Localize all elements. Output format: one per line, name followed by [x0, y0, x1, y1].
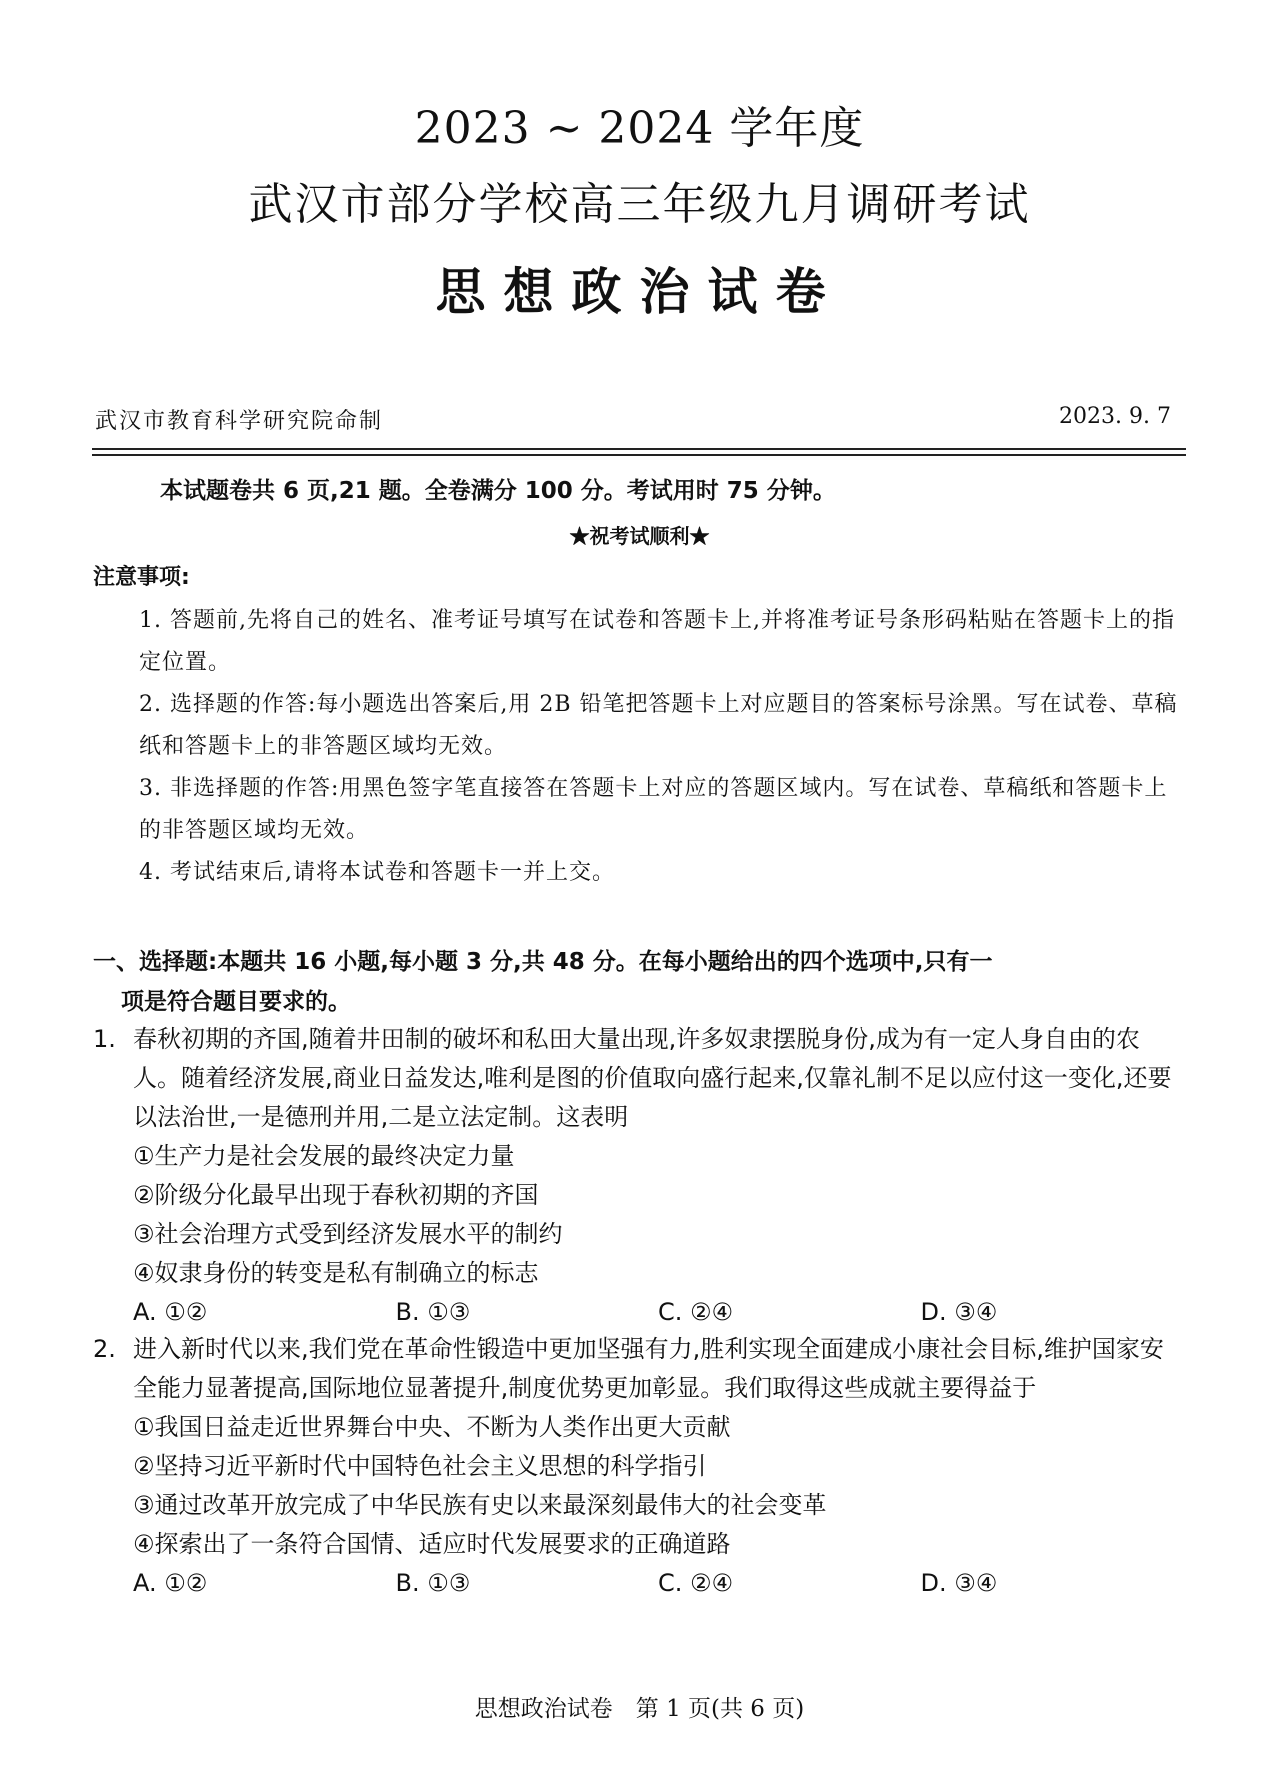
- statement-option: ④奴隶身份的转变是私有制确立的标志: [93, 1254, 1183, 1293]
- answer-choices: A. ①② B. ①③ C. ②④ D. ③④: [93, 1564, 1183, 1603]
- notice-item: 1. 答题前,先将自己的姓名、准考证号填写在试卷和答题卡上,并将准考证号条形码粘…: [93, 600, 1183, 684]
- choice-d: D. ③④: [921, 1564, 1184, 1603]
- statement-option: ④探索出了一条符合国情、适应时代发展要求的正确道路: [93, 1525, 1183, 1564]
- notice-item: 3. 非选择题的作答:用黑色签字笔直接答在答题卡上对应的答题区域内。写在试卷、草…: [93, 768, 1183, 852]
- exam-date: 2023. 9. 7: [1059, 404, 1171, 429]
- question-stem: 1.春秋初期的齐国,随着井田制的破坏和私田大量出现,许多奴隶摆脱身份,成为有一定…: [93, 1020, 1183, 1137]
- notice-item: 2. 选择题的作答:每小题选出答案后,用 2B 铅笔把答题卡上对应题目的答案标号…: [93, 684, 1183, 768]
- good-luck-banner: ★祝考试顺利★: [0, 520, 1279, 549]
- choice-d: D. ③④: [921, 1293, 1184, 1332]
- statement-option: ①生产力是社会发展的最终决定力量: [93, 1137, 1183, 1176]
- choice-c: C. ②④: [658, 1293, 921, 1332]
- subject-title: 思想政治试卷: [0, 252, 1279, 324]
- statement-option: ③社会治理方式受到经济发展水平的制约: [93, 1215, 1183, 1254]
- choice-b: B. ①③: [396, 1293, 659, 1332]
- notice-heading: 注意事项:: [93, 560, 190, 591]
- choice-b: B. ①③: [396, 1564, 659, 1603]
- question-stem: 2.进入新时代以来,我们党在革命性锻造中更加坚强有力,胜利实现全面建成小康社会目…: [93, 1330, 1183, 1408]
- exam-summary: 本试题卷共 6 页,21 题。全卷满分 100 分。考试用时 75 分钟。: [160, 472, 836, 505]
- statement-option: ②阶级分化最早出现于春秋初期的齐国: [93, 1176, 1183, 1215]
- statement-option: ②坚持习近平新时代中国特色社会主义思想的科学指引: [93, 1447, 1183, 1486]
- header-divider-bottom: [92, 454, 1186, 456]
- statement-option: ③通过改革开放完成了中华民族有史以来最深刻最伟大的社会变革: [93, 1486, 1183, 1525]
- answer-choices: A. ①② B. ①③ C. ②④ D. ③④: [93, 1293, 1183, 1332]
- issuer-label: 武汉市教育科学研究院命制: [95, 404, 383, 435]
- statement-option: ①我国日益走近世界舞台中央、不断为人类作出更大贡献: [93, 1408, 1183, 1447]
- question-2: 2.进入新时代以来,我们党在革命性锻造中更加坚强有力,胜利实现全面建成小康社会目…: [93, 1330, 1183, 1603]
- school-year-title: 2023 ~ 2024 学年度: [0, 92, 1279, 156]
- question-1: 1.春秋初期的齐国,随着井田制的破坏和私田大量出现,许多奴隶摆脱身份,成为有一定…: [93, 1020, 1183, 1332]
- header-divider-top: [92, 448, 1186, 450]
- choice-a: A. ①②: [133, 1293, 396, 1332]
- notice-item: 4. 考试结束后,请将本试卷和答题卡一并上交。: [93, 852, 1183, 894]
- page-footer: 思想政治试卷 第 1 页(共 6 页): [0, 1690, 1279, 1723]
- section-heading: 一、选择题:本题共 16 小题,每小题 3 分,共 48 分。在每小题给出的四个…: [93, 942, 1183, 1022]
- exam-name-title: 武汉市部分学校高三年级九月调研考试: [0, 168, 1279, 232]
- choice-c: C. ②④: [658, 1564, 921, 1603]
- choice-a: A. ①②: [133, 1564, 396, 1603]
